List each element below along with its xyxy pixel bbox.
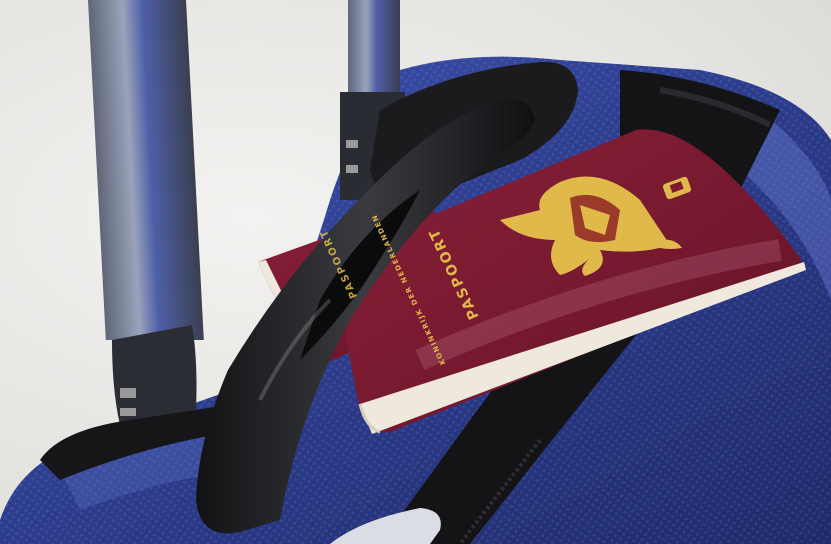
- photo-illustration: [0, 0, 831, 544]
- photo-scene: PASPOORT PASPOORT KONINKRIJK DER NEDERLA…: [0, 0, 831, 544]
